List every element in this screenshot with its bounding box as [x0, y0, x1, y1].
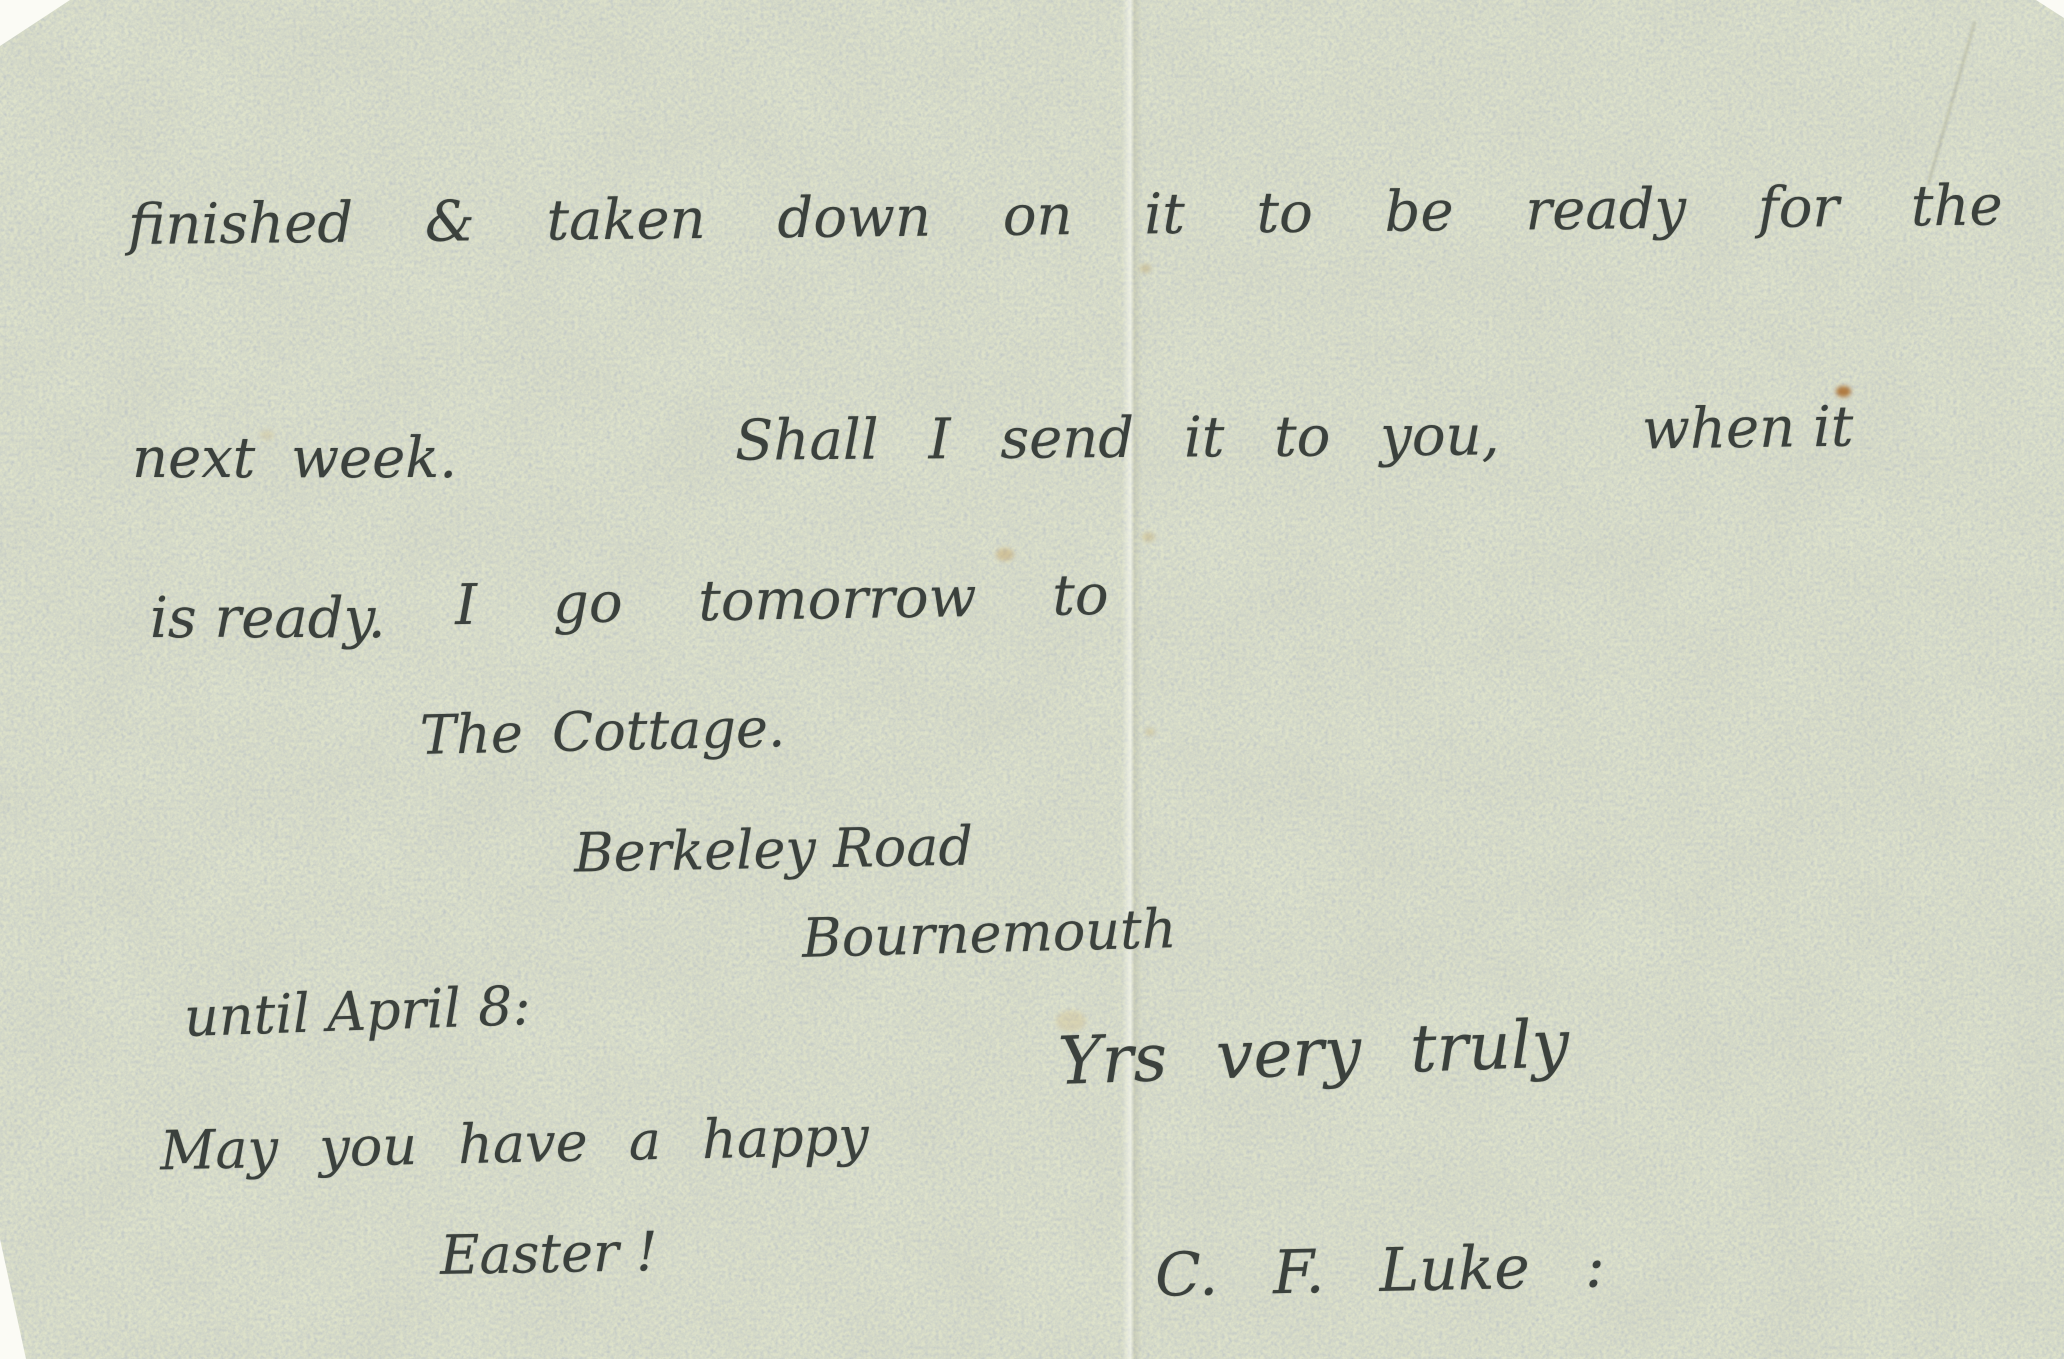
date-note: until April 8:	[183, 974, 532, 1049]
greeting-line-2: Easter !	[439, 1220, 658, 1287]
foxing-spot	[996, 548, 1014, 561]
address-town: Bournemouth	[801, 897, 1177, 970]
body-line-2c: when it	[1642, 395, 1854, 463]
body-line-3b: I go tomorrow to	[455, 563, 1109, 638]
signature: C. F. Luke :	[1154, 1231, 1605, 1310]
foxing-spot	[1145, 728, 1155, 736]
address-road: Berkeley Road	[573, 815, 973, 885]
letter-scan-page: finished & taken down on it to be ready …	[0, 0, 2064, 1359]
body-line-3a: is ready.	[150, 586, 386, 651]
body-line-2b: Shall I send it to you,	[735, 403, 1500, 473]
address-cottage: The Cottage.	[419, 696, 785, 767]
foxing-spot	[1142, 532, 1155, 542]
foxing-spot	[1140, 264, 1151, 273]
body-line-2a: next week.	[132, 426, 457, 491]
